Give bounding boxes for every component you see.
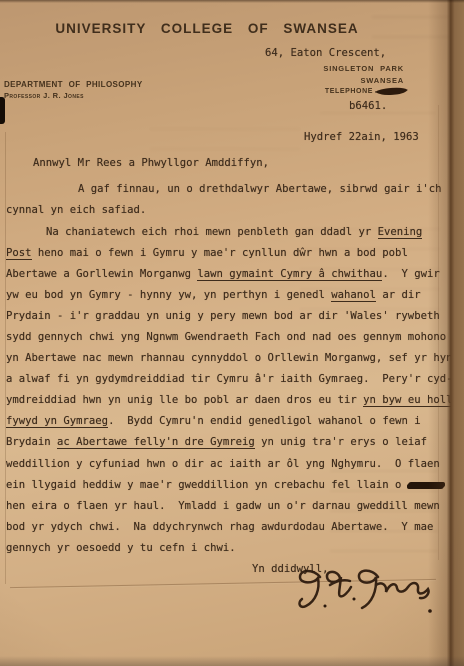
- text-segment: yn Abertawe nac mewn rhannau cynnyddol o…: [6, 352, 452, 364]
- letter-line: cynnal yn eich safiad.: [6, 200, 458, 221]
- telephone-number: b6461.: [349, 100, 387, 112]
- photo-edge-mark: [0, 97, 5, 124]
- ink-bleedthrough: [320, 112, 435, 132]
- letter-line: yw eu bod yn Gymry - hynny yw, yn perthy…: [6, 285, 458, 306]
- letter-line: Na chaniatewch eich rhoi mewn penbleth g…: [6, 222, 458, 243]
- letter-line: Post heno mai o fewn i Gymru y mae'r cyn…: [6, 243, 458, 264]
- letter-line: a alwaf fi yn gydymdreiddiad tir Cymru â…: [6, 369, 458, 390]
- text-segment: Brydain: [6, 436, 57, 448]
- text-segment: hen eira o flaen yr haul. Ymladd i gadw …: [6, 500, 440, 512]
- text-segment: Evening: [378, 226, 423, 239]
- letter-line: gennych yr oesoedd y tu cefn i chwi.: [6, 538, 458, 559]
- letter-line: Abertawe a Gorllewin Morganwg lawn gymai…: [6, 264, 458, 285]
- text-segment: A gaf finnau, un o drethdalwyr Abertawe,…: [78, 183, 442, 195]
- address-street: 64, Eaton Crescent,: [265, 47, 386, 59]
- letter-line: ein llygaid heddiw y mae'r gweddillion y…: [6, 475, 458, 496]
- text-segment: ein llygaid heddiw y mae'r gweddillion y…: [6, 479, 408, 491]
- text-segment: heno mai o fewn i Gymru y mae'r cynllun …: [32, 247, 408, 259]
- text-segment: ar dir: [376, 289, 421, 301]
- professor-name: Professor J. R. Jones: [4, 91, 84, 100]
- telephone-strikeout-mark: [375, 87, 409, 96]
- letter-line: bod yr ydych chwi. Na ddychrynwch rhag a…: [6, 517, 458, 538]
- paragraph-main: Na chaniatewch eich rhoi mewn penbleth g…: [6, 222, 458, 559]
- text-segment: yn unig tra'r erys o leiaf: [255, 436, 427, 448]
- letter-line: fywyd yn Gymraeg. Bydd Cymru'n endid gen…: [6, 411, 458, 432]
- text-segment: . Bydd Cymru'n endid genedligol wahanol …: [108, 415, 421, 427]
- text-segment: weddillion y cyfuniad hwn o dir ac iaith…: [6, 458, 440, 470]
- telephone-line: TELEPHONE: [325, 87, 409, 96]
- address-area: SINGLETON PARK: [323, 64, 404, 73]
- letter-line: Prydain - i'r graddau yn unig y pery mew…: [6, 306, 458, 327]
- text-segment: ymdreiddiad hwn yn unig lle bo pobl ar d…: [6, 394, 363, 406]
- telephone-label: TELEPHONE: [325, 88, 373, 95]
- letter-date: Hydref 22ain, 1963: [6, 131, 419, 143]
- text-segment: Post: [6, 247, 32, 260]
- text-segment: a alwaf fi yn gydymdreiddiad tir Cymru â…: [6, 373, 452, 385]
- photo-top-edge: [0, 0, 464, 3]
- letter-line: Brydain ac Abertawe felly'n dre Gymreig …: [6, 432, 458, 453]
- text-segment: wahanol: [331, 289, 376, 302]
- letter-line: yn Abertawe nac mewn rhannau cynnyddol o…: [6, 348, 458, 369]
- text-segment: ac Abertawe felly'n dre Gymreig: [57, 436, 255, 449]
- paragraph-opening: A gaf finnau, un o drethdalwyr Abertawe,…: [6, 179, 458, 221]
- letter-line: A gaf finnau, un o drethdalwyr Abertawe,…: [6, 179, 458, 200]
- letter-photo: UNIVERSITY COLLEGE OF SWANSEA DEPARTMENT…: [0, 0, 464, 666]
- letter-line: weddillion y cyfuniad hwn o dir ac iaith…: [6, 454, 458, 475]
- text-segment: yw eu bod yn Gymry - hynny yw, yn perthy…: [6, 289, 331, 301]
- text-segment: sydd gennych chwi yng Ngnwm Gwendraeth F…: [6, 331, 446, 343]
- letter-line: sydd gennych chwi yng Ngnwm Gwendraeth F…: [6, 327, 458, 348]
- text-segment: Abertawe a Gorllewin Morganwg: [6, 268, 197, 280]
- text-segment: lawn gymaint Cymry â chwithau: [197, 268, 382, 281]
- text-segment: Prydain - i'r graddau yn unig y pery mew…: [6, 310, 440, 322]
- text-segment: bod yr ydych chwi. Na ddychrynwch rhag a…: [6, 521, 433, 533]
- photo-bottom-edge: [0, 656, 464, 666]
- letter-line: ymdreiddiad hwn yn unig lle bo pobl ar d…: [6, 390, 458, 411]
- text-segment: Na chaniatewch eich rhoi mewn penbleth g…: [46, 226, 378, 238]
- text-segment: cynnal yn eich safiad.: [6, 204, 146, 216]
- salutation: Annwyl Mr Rees a Phwyllgor Amddiffyn,: [6, 157, 269, 169]
- signature: [292, 565, 434, 619]
- paper-right-edge: [428, 0, 464, 666]
- address-town: SWANSEA: [360, 76, 404, 85]
- institution-name: UNIVERSITY COLLEGE OF SWANSEA: [0, 21, 414, 36]
- letter-line: hen eira o flaen yr haul. Ymladd i gadw …: [6, 496, 458, 517]
- department-name: DEPARTMENT OF PHILOSOPHY: [4, 80, 143, 89]
- text-segment: fywyd yn Gymraeg: [6, 415, 108, 428]
- text-segment: gennych yr oesoedd y tu cefn i chwi.: [6, 542, 236, 554]
